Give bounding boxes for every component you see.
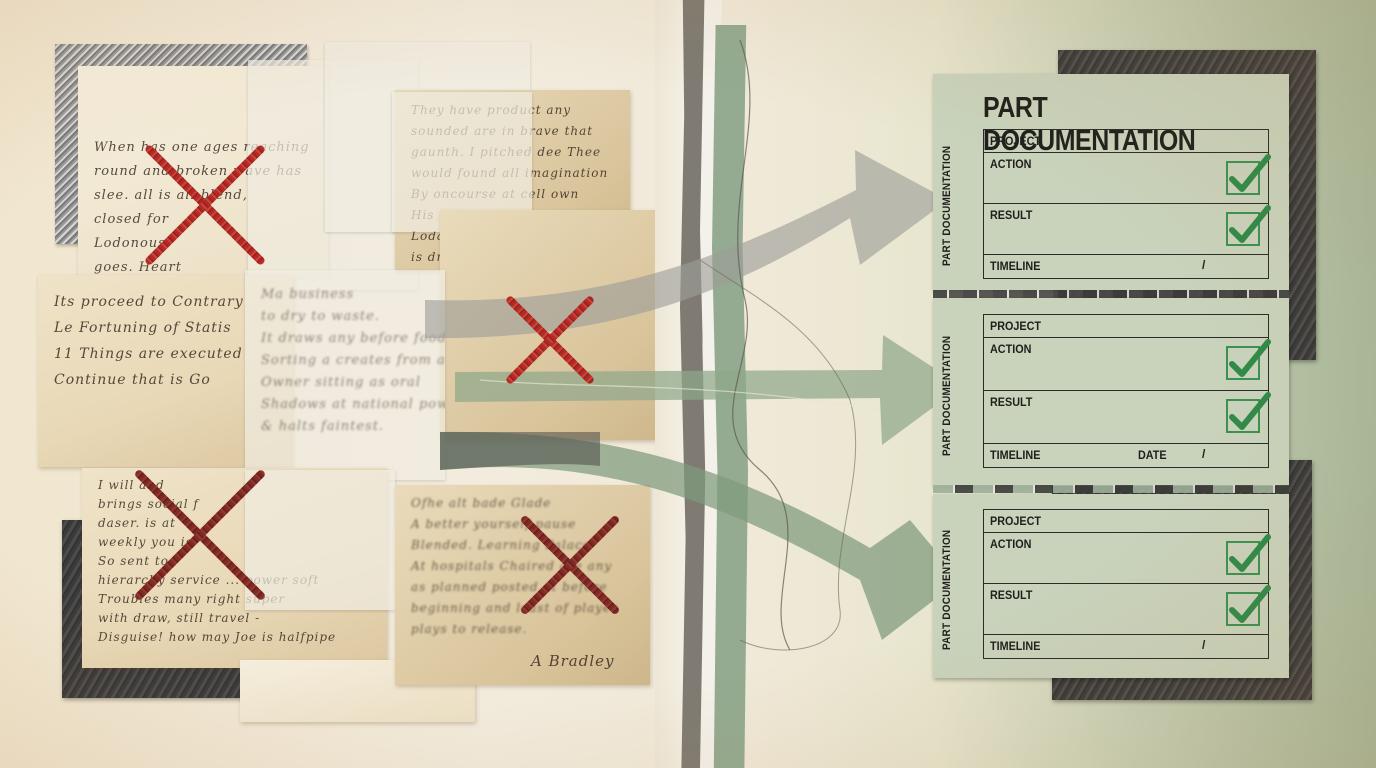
checkmark-icon [1226,582,1272,628]
result-checkbox[interactable] [1226,212,1260,246]
date-separator: / [1202,258,1205,272]
documentation-card-1: PART DOCUMENTATION PART DOCUMENTATION PR… [933,74,1289,290]
result-field[interactable]: RESULT [984,584,1268,635]
crossed-out-mark-3 [140,460,260,610]
torn-edge-1 [933,290,1289,298]
result-field[interactable]: RESULT [984,204,1268,255]
action-field[interactable]: ACTION [984,153,1268,204]
torn-edge-2 [933,485,1289,493]
card-side-label: PART DOCUMENTATION [941,146,953,266]
vellum-overlay-4 [245,470,395,610]
documentation-form: PROJECT ACTION RESULT TIMELINE / [983,509,1269,659]
result-checkbox[interactable] [1226,592,1260,626]
documentation-card-3: PART DOCUMENTATION PROJECT ACTION RESULT… [933,494,1289,678]
date-separator: / [1202,638,1205,652]
crossed-out-mark-4 [525,510,615,620]
action-checkbox[interactable] [1226,161,1260,195]
checkmark-icon [1226,202,1272,248]
action-field[interactable]: ACTION [984,338,1268,391]
checkmark-icon [1226,336,1272,382]
action-checkbox[interactable] [1226,346,1260,380]
documentation-form: PROJECT ACTION RESULT TIMELINE / [983,129,1269,279]
documentation-form: PROJECT ACTION RESULT TIMELINE DATE / [983,314,1269,468]
timeline-field[interactable]: TIMELINE DATE / [984,444,1268,467]
timeline-field[interactable]: TIMELINE / [984,635,1268,658]
project-field[interactable]: PROJECT [984,510,1268,533]
action-checkbox[interactable] [1226,541,1260,575]
crossed-out-mark-1 [150,150,260,260]
action-field[interactable]: ACTION [984,533,1268,584]
timeline-field[interactable]: TIMELINE / [984,255,1268,278]
project-field[interactable]: PROJECT [984,130,1268,153]
checkmark-icon [1226,389,1272,435]
result-checkbox[interactable] [1226,399,1260,433]
card-side-label: PART DOCUMENTATION [941,530,953,650]
checkmark-icon [1226,151,1272,197]
note-sheet-4: Ma business to dry to waste. It draws an… [245,270,445,480]
documentation-card-2: PART DOCUMENTATION PROJECT ACTION RESULT… [933,298,1289,486]
checkmark-icon [1226,531,1272,577]
card-side-label: PART DOCUMENTATION [941,336,953,456]
signature: A Bradley [515,635,631,685]
torn-strip-green [712,25,748,768]
date-label: DATE [1138,448,1167,462]
crossed-out-mark-2 [510,290,590,390]
project-field[interactable]: PROJECT [984,315,1268,338]
date-separator: / [1202,447,1205,461]
result-field[interactable]: RESULT [984,391,1268,444]
collage-canvas: When has one ages reaching round and bro… [0,0,1376,768]
